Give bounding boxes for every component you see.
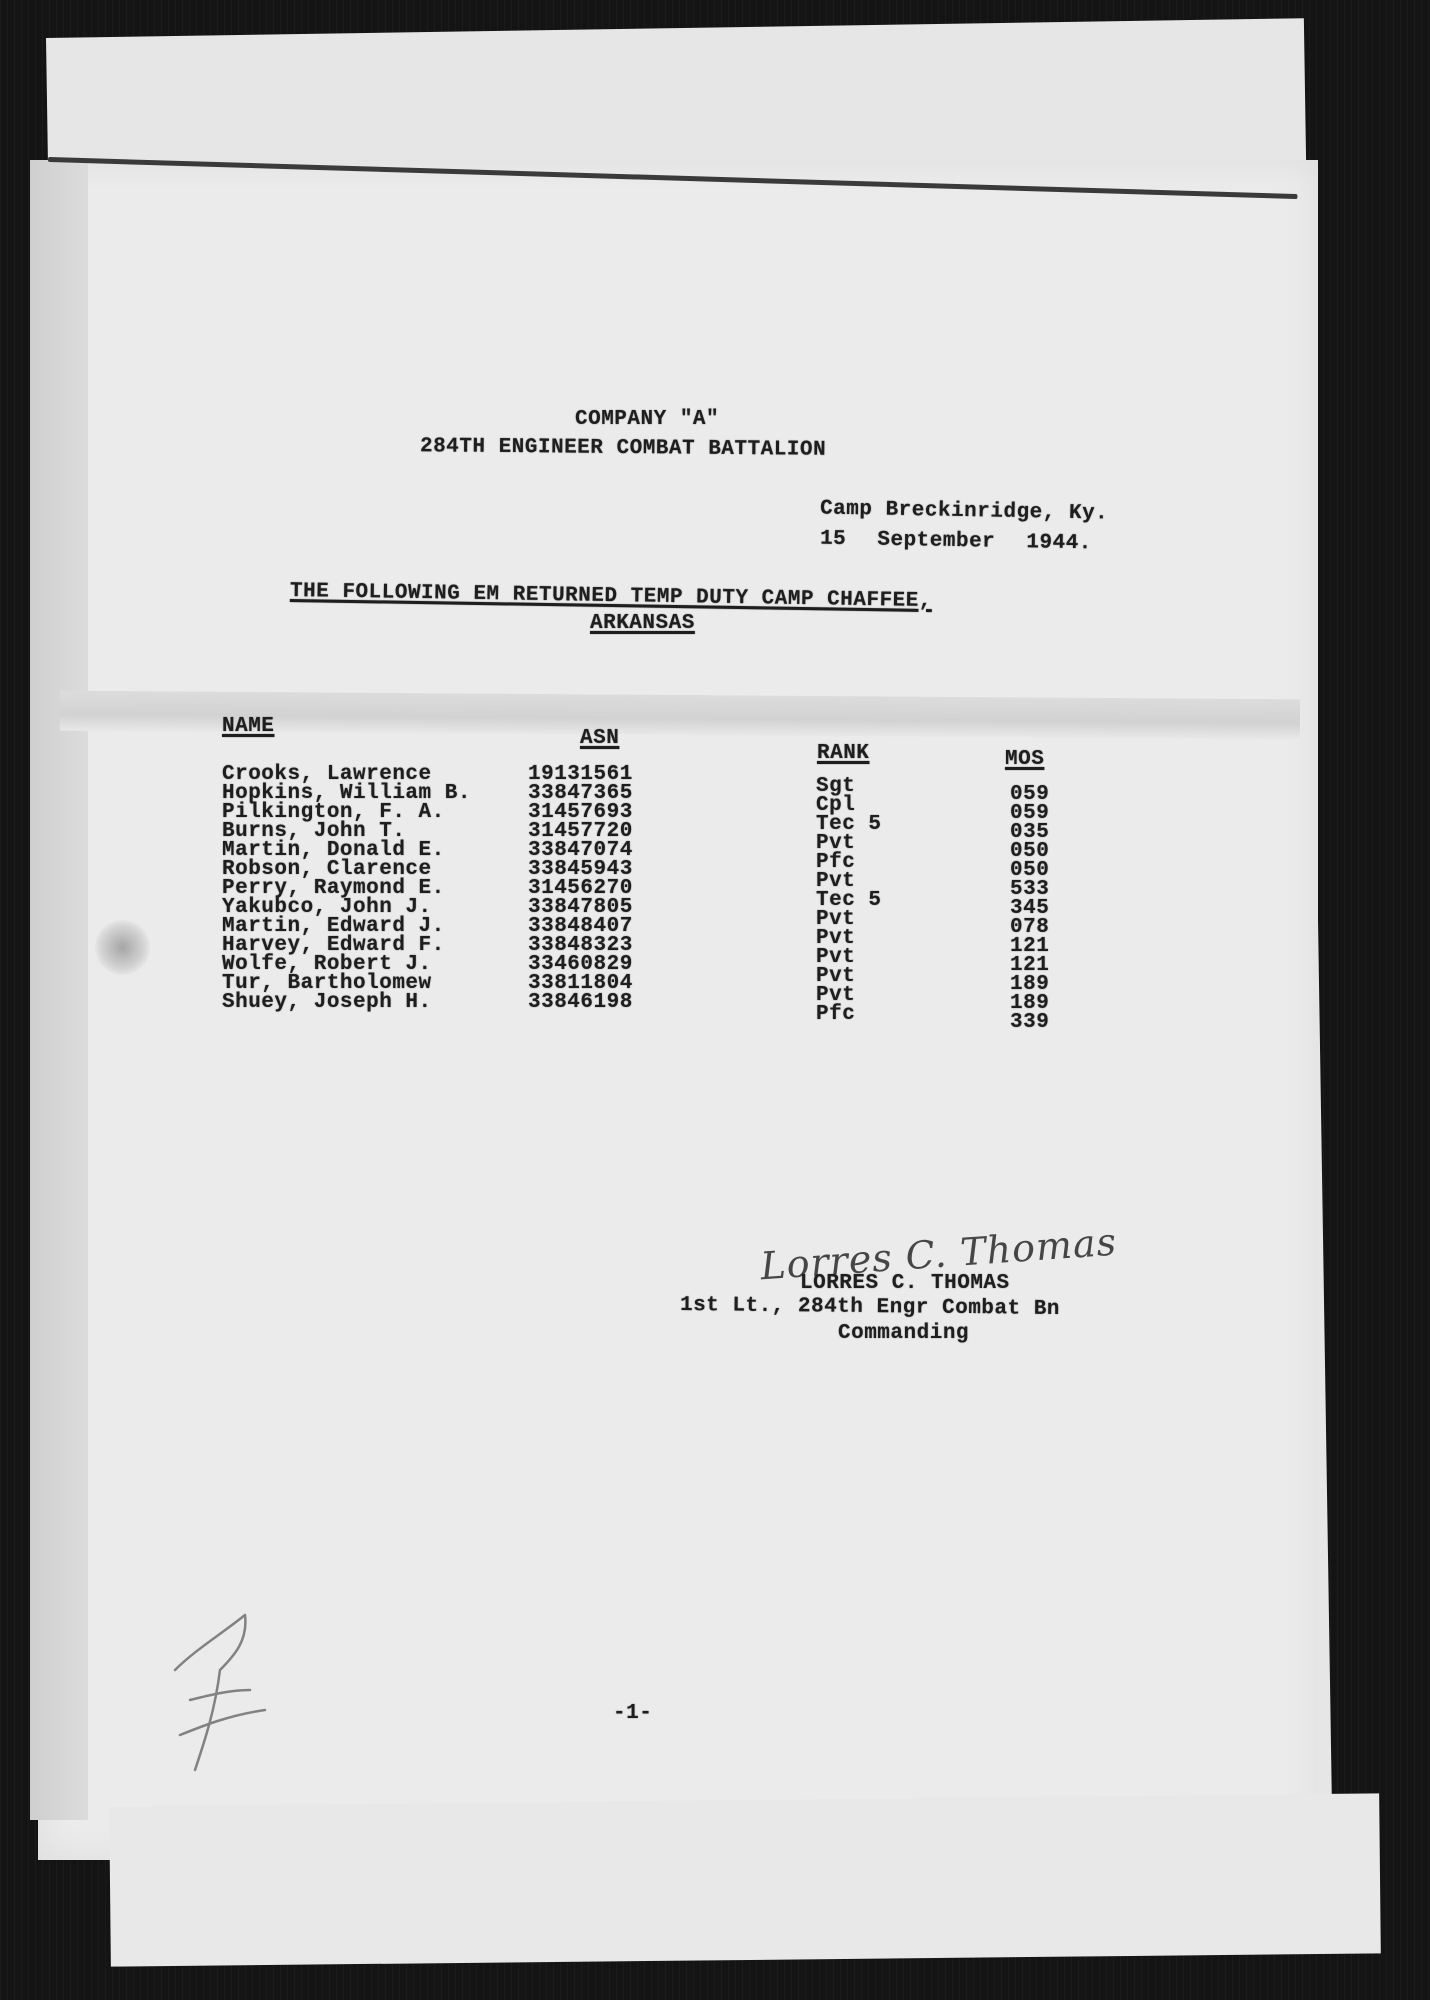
column-header-mos: MOS: [1005, 748, 1044, 771]
signer-role: Commanding: [838, 1322, 969, 1345]
document-content: COMPANY "A" 284TH ENGINEER COMBAT BATTAL…: [0, 0, 1430, 2000]
place-line: Camp Breckinridge, Ky.: [820, 497, 1109, 525]
date-line: 15 September 1944.: [820, 528, 1092, 556]
signer-title: 1st Lt., 284th Engr Combat Bn: [680, 1294, 1060, 1321]
date-year: 1944.: [1026, 531, 1092, 555]
column-header-asn: ASN: [580, 727, 619, 750]
document-title: THE FOLLOWING EM RETURNED TEMP DUTY CAMP…: [290, 580, 932, 613]
cell-asn: 33846198: [528, 993, 633, 1012]
pencil-mark-icon: [150, 1610, 270, 1780]
unit-heading: COMPANY "A": [575, 408, 719, 431]
column-header-name: NAME: [222, 715, 274, 738]
cell-name: Shuey, Joseph H.: [222, 993, 432, 1012]
cell-mos: 339: [1010, 1013, 1049, 1032]
cell-rank: Pfc: [816, 1005, 855, 1024]
date-month: September: [877, 529, 995, 554]
battalion-heading: 284TH ENGINEER COMBAT BATTALION: [420, 435, 826, 462]
date-day: 15: [820, 528, 847, 551]
signer-name: LORRES C. THOMAS: [800, 1272, 1010, 1295]
column-header-rank: RANK: [817, 742, 869, 765]
document-title-continued: ARKANSAS: [590, 612, 695, 635]
page-number: -1-: [613, 1702, 652, 1725]
